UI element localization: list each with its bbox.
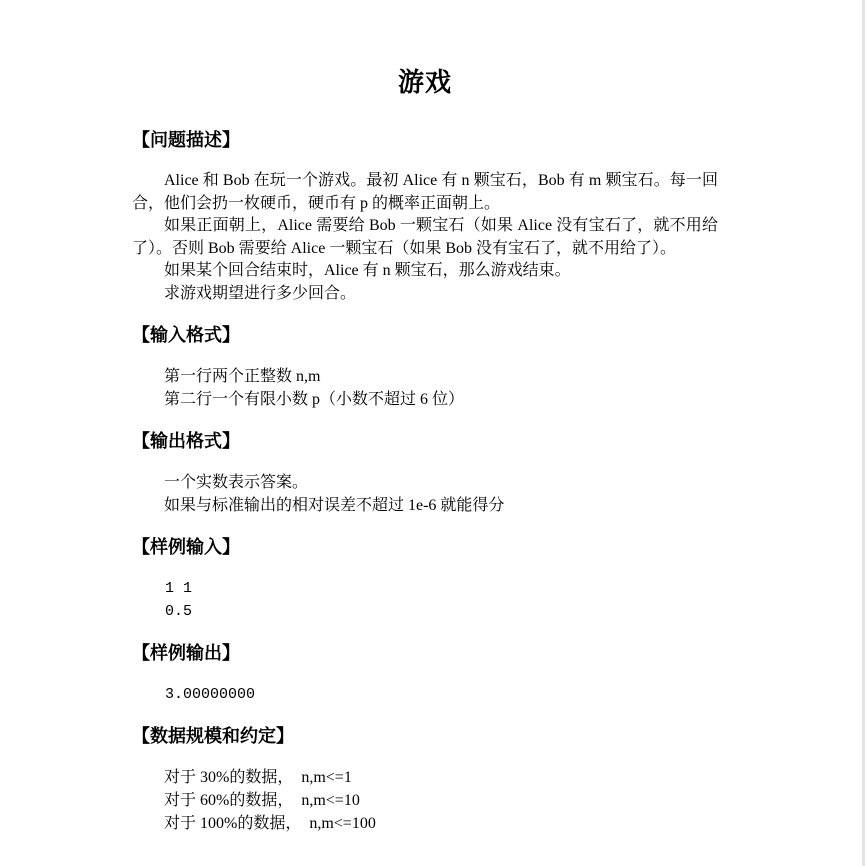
heading-sample-input: 【样例输入】 [132,535,718,559]
section-constraints: 对于 30%的数据， n,m<=1 对于 60%的数据， n,m<=10 对于 … [132,766,718,835]
sample-output-line-1: 3.00000000 [132,683,718,706]
problem-paragraph-2: 如果正面朝上，Alice 需要给 Bob 一颗宝石（如果 Alice 没有宝石了… [132,215,718,260]
section-problem-description: Alice 和 Bob 在玩一个游戏。最初 Alice 有 n 颗宝石，Bob … [132,170,718,305]
constraints-line-2: 对于 60%的数据， n,m<=10 [132,789,718,812]
heading-problem-description: 【问题描述】 [132,128,718,152]
section-output-format: 一个实数表示答案。 如果与标准输出的相对误差不超过 1e-6 就能得分 [132,471,718,517]
problem-paragraph-1: Alice 和 Bob 在玩一个游戏。最初 Alice 有 n 颗宝石，Bob … [132,170,718,215]
page-title: 游戏 [132,64,718,100]
section-sample-input: 1 1 0.5 [132,577,718,623]
problem-paragraph-4: 求游戏期望进行多少回合。 [132,283,718,306]
problem-paragraph-3: 如果某个回合结束时，Alice 有 n 颗宝石，那么游戏结束。 [132,260,718,283]
page-right-edge [862,0,865,866]
sample-input-line-1: 1 1 [132,577,718,600]
input-format-line-2: 第二行一个有限小数 p（小数不超过 6 位） [132,388,718,411]
heading-input-format: 【输入格式】 [132,323,718,347]
constraints-line-1: 对于 30%的数据， n,m<=1 [132,766,718,789]
heading-sample-output: 【样例输出】 [132,641,718,665]
heading-output-format: 【输出格式】 [132,429,718,453]
input-format-line-1: 第一行两个正整数 n,m [132,365,718,388]
section-sample-output: 3.00000000 [132,683,718,706]
sample-input-line-2: 0.5 [132,600,718,623]
output-format-line-2: 如果与标准输出的相对误差不超过 1e-6 就能得分 [132,494,718,517]
section-input-format: 第一行两个正整数 n,m 第二行一个有限小数 p（小数不超过 6 位） [132,365,718,411]
output-format-line-1: 一个实数表示答案。 [132,471,718,494]
constraints-line-3: 对于 100%的数据， n,m<=100 [132,812,718,835]
heading-constraints: 【数据规模和约定】 [132,724,718,748]
document-page: 游戏 【问题描述】 Alice 和 Bob 在玩一个游戏。最初 Alice 有 … [0,0,867,866]
